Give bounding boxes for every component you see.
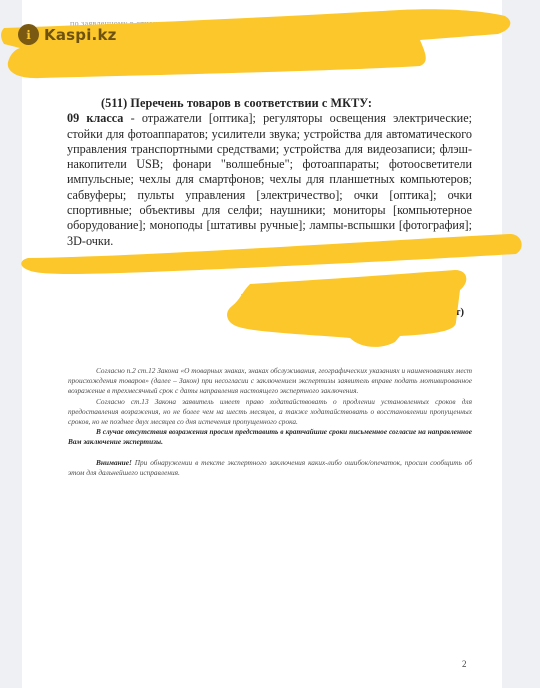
spacer [68,448,472,458]
class-label: 09 класса [67,111,123,125]
class-items: - отражатели [оптика]; регуляторы освеще… [67,111,472,247]
notice-paragraph-consent: В случае отсутствия возражения просим пр… [68,427,472,447]
page-number: 2 [462,659,467,669]
kaspi-logo-icon: ℹ [18,24,39,45]
notice-paragraph-extension: Согласно ст.13 Закона заявитель имеет пр… [68,397,472,428]
goods-section-heading: (511) Перечень товаров в соответствии с … [67,96,472,111]
redacted-heading-fragment-end: т) [455,306,464,318]
redacted-heading-fragment: К [241,291,250,306]
goods-class-text: 09 класса - отражатели [оптика]; регулят… [67,111,472,249]
notice-paragraph-appeal: Согласно п.2 ст.12 Закона «О товарных зн… [68,366,472,397]
warning-label: Внимание! [96,458,132,467]
goods-section: (511) Перечень товаров в соответствии с … [67,96,472,249]
notice-block: Согласно п.2 ст.12 Закона «О товарных зн… [68,366,472,478]
kaspi-brand-text: Kaspi.kz [44,26,117,44]
header-faint-mark [400,30,420,32]
kaspi-watermark: ℹ Kaspi.kz [18,24,117,45]
notice-paragraph-warning: Внимание! При обнаружении в тексте экспе… [68,458,472,478]
